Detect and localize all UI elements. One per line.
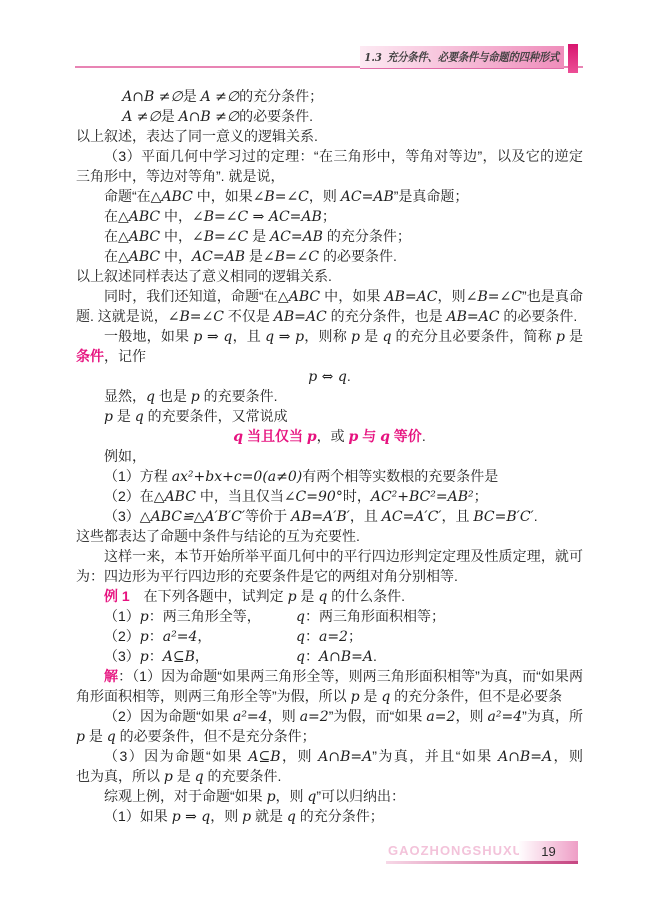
body-text: 是 <box>360 328 382 344</box>
body-text: ，则 <box>455 708 487 724</box>
body-text: 显然， <box>104 388 146 404</box>
text-line: （3）p：A⊆B，q：A∩B=A. <box>76 646 583 666</box>
body-text: 角形面积相等，则两三角形全等”为假，所以 <box>76 688 351 704</box>
section-header: 1.3充分条件、必要条件与命题的四种形式 <box>360 46 564 69</box>
body-text: 同时，我们还知道，命题“在 <box>104 288 278 304</box>
text-line: A ≠∅是 A∩B ≠∅的必要条件. <box>76 106 583 126</box>
math-text: AB=AC <box>274 309 327 325</box>
text-line: 解：（1）因为命题“如果两三角形全等，则两三角形面积相等”为真，而“如果两三 <box>76 666 583 686</box>
math-text: q <box>296 649 305 665</box>
text-line: p 是 q 的必要条件，但不是充分条件； <box>76 726 583 746</box>
text-line: 这些都表达了命题中条件与结论的互为充要性. <box>76 526 583 546</box>
body-text: 在 <box>104 228 118 244</box>
body-text: . <box>534 508 538 524</box>
body-text: （3）平面几何中学习过的定理：“在三角形中，等角对等边”，以及它的逆定理：“在 <box>76 148 583 166</box>
body-text: ：（1）因为命题“如果两三角形全等，则两三角形面积相等”为真，而“如果两三 <box>76 668 583 686</box>
text-line: （2）p：a²=4，q：a=2； <box>76 626 583 646</box>
body-text: （1）如果 <box>104 808 172 824</box>
text-line: （1）方程 ax²+bx+c=0(a≠0)有两个相等实数根的充要条件是 Δ=b²… <box>76 466 583 486</box>
accent-text: 解 <box>104 668 118 684</box>
body-text: （3） <box>104 508 140 524</box>
body-text: ，则 <box>268 708 300 724</box>
text-line: 综观上例，对于命题“如果 p，则 q”可以归纳出： <box>76 786 583 806</box>
body-text: 的充分条件； <box>239 88 323 104</box>
math-text: p <box>191 389 200 405</box>
section-number: 1.3 <box>365 50 383 64</box>
math-text: AB=AC <box>385 289 438 305</box>
text-line: 题. 这就是说，∠B=∠C 不仅是 AB=AC 的充分条件，也是 AB=AC 的… <box>76 306 583 326</box>
body-text: （1） <box>104 608 140 624</box>
body-text: ，则称 <box>304 328 351 344</box>
text-line: 例如， <box>76 446 583 466</box>
math-text: △ABC <box>118 209 160 225</box>
math-text: a²=4 <box>163 629 198 645</box>
body-text: ”可以归纳出： <box>316 788 405 804</box>
math-text: p ⇒ q <box>193 329 232 345</box>
body-text: 中，如果 <box>193 188 253 204</box>
body-text: ，或 <box>317 428 349 444</box>
text-line: （1）p：两三角形全等，q：两三角形面积相等； <box>76 606 583 626</box>
math-text: A∩B=A <box>498 749 552 765</box>
accent-text: 与 <box>358 428 380 444</box>
math-text: △ABC <box>118 249 160 265</box>
body-text: 是 <box>565 328 583 344</box>
right-column: q：a=2； <box>296 628 362 644</box>
body-text: 中，当且仅当 <box>196 488 284 504</box>
math-text: q <box>287 809 296 825</box>
body-text: 的什么条件. <box>327 588 405 604</box>
math-text: a=2 <box>319 629 348 645</box>
body-text: 题. 这就是说， <box>76 308 168 324</box>
math-text: q <box>318 589 327 605</box>
body-text: 这些都表达了命题中条件与结论的互为充要性. <box>76 528 360 544</box>
accent-text: q <box>380 429 390 445</box>
footer-accent-bar <box>386 861 578 864</box>
body-text: 为：四边形为平行四边形的充要条件是它的两组对角分别相等. <box>76 568 458 584</box>
body-text: ，记作 <box>104 348 146 364</box>
body-text: 是 <box>113 408 135 424</box>
body-text: 是 <box>161 108 179 124</box>
body-text: ； <box>322 208 336 224</box>
math-text: p <box>351 329 360 345</box>
body-text: （1）方程 <box>104 468 172 484</box>
text-line: p ⇔ q. <box>76 366 583 386</box>
body-text: 三角形中，等边对等角”. 就是说， <box>76 168 284 184</box>
text-line: 命题“在△ABC 中，如果∠B=∠C，则 AC=AB”是真命题； <box>76 186 583 206</box>
body-text: 例如， <box>104 448 146 464</box>
text-line: 以上叙述，表达了同一意义的逻辑关系. <box>76 126 583 146</box>
body-text: 在下列各题中，试判定 <box>130 588 288 604</box>
accent-text: 例 1 <box>104 588 130 604</box>
textbook-page: 1.3充分条件、必要条件与命题的四种形式 A∩B ≠∅是 A ≠∅的充分条件；A… <box>0 0 650 912</box>
math-text: ∠B=∠C <box>263 249 319 265</box>
math-text: ∠B=∠C <box>192 229 248 245</box>
body-text: ，则 <box>281 748 319 764</box>
body-text: 也为真，所以 <box>76 768 164 784</box>
body-text: ，则 <box>309 188 341 204</box>
text-line: 显然，q 也是 p 的充要条件. <box>76 386 583 406</box>
text-line: （2）在△ABC 中，当且仅当∠C=90°时，AC²+BC²=AB²； <box>76 486 583 506</box>
body-text: 是 <box>183 88 201 104</box>
math-text: p <box>140 649 149 665</box>
text-line: （1）如果 p ⇒ q，则 p 就是 q 的充分条件； <box>76 806 583 826</box>
body-text: 在 <box>104 208 118 224</box>
math-text: a=2 <box>426 709 455 725</box>
body-text: 的充要条件. <box>204 768 282 784</box>
body-text: 在 <box>104 248 118 264</box>
math-text: AB=AC <box>447 309 500 325</box>
body-text: 时， <box>343 488 371 504</box>
math-text: q <box>195 769 204 785</box>
body-text: ，且 <box>232 328 265 344</box>
body-text: ：两三角形全等， <box>149 608 261 624</box>
math-text: AC²+BC²=AB² <box>371 489 474 505</box>
body-text: 中，如果 <box>320 288 384 304</box>
text-line: 以上叙述同样表达了意义相同的逻辑关系. <box>76 266 583 286</box>
body-text: 的充要条件，又常说成 <box>144 408 288 424</box>
body-text: 不仅是 <box>224 308 274 324</box>
body-text: ，则 <box>437 288 465 304</box>
text-line: 同时，我们还知道，命题“在△ABC 中，如果 AB=AC，则∠B=∠C”也是真命 <box>76 286 583 306</box>
math-text: △ABC <box>118 229 160 245</box>
math-text: ax²+bx+c=0(a≠0) <box>172 469 303 485</box>
math-text: △ABC <box>151 189 193 205</box>
body-text: 中， <box>160 208 192 224</box>
text-line: A∩B ≠∅是 A ≠∅的充分条件； <box>76 86 583 106</box>
math-text: BC=B′C′ <box>473 509 533 525</box>
body-text: 的必要条件. <box>499 308 577 324</box>
body-text: 综观上例，对于命题“如果 <box>104 788 267 804</box>
right-column: q：两三角形面积相等； <box>296 608 445 624</box>
math-text: A∩B ≠∅ <box>179 109 240 125</box>
body-text: ； <box>348 628 362 644</box>
body-text: 的充分条件，也是 <box>327 308 447 324</box>
body-text: （3）因为命题“如果 <box>104 748 248 764</box>
math-text: A⊆B <box>248 749 280 765</box>
footer-watermark: GAOZHONGSHUXUE <box>388 843 533 858</box>
math-text: q <box>381 689 390 705</box>
body-text: ：两三角形面积相等； <box>305 608 445 624</box>
header-accent-bar <box>568 44 578 73</box>
left-column: （2）p：a²=4， <box>104 626 296 646</box>
math-text: a²=4 <box>488 709 523 725</box>
body-text: 的充分条件； <box>296 808 384 824</box>
math-text: a²=4 <box>233 709 268 725</box>
math-text: p <box>288 589 297 605</box>
math-text: q ⇒ p <box>265 329 304 345</box>
math-text: △ABC <box>278 289 320 305</box>
content: A∩B ≠∅是 A ≠∅的充分条件；A ≠∅是 A∩B ≠∅的必要条件.以上叙述… <box>76 86 583 826</box>
math-text: a=2 <box>300 709 329 725</box>
text-line: 条件，记作 <box>76 346 583 366</box>
math-text: q <box>296 629 305 645</box>
body-text: 也是 <box>155 388 191 404</box>
math-text: p <box>164 769 173 785</box>
body-text: 的充分条件； <box>323 228 411 244</box>
body-text: （3） <box>104 648 140 664</box>
accent-text: q <box>233 429 243 445</box>
text-line: 这样一来，本节开始所举平面几何中的平行四边形判定定理及性质定理，就可以合称 <box>76 546 583 566</box>
body-text: 是 <box>85 728 107 744</box>
math-text: p <box>242 809 251 825</box>
text-line: 三角形中，等边对等角”. 就是说， <box>76 166 583 186</box>
text-line: （3）△ABC≌△A′B′C′等价于 AB=A′B′，且 AC=A′C′，且 B… <box>76 506 583 526</box>
math-text: AC=AB <box>270 229 323 245</box>
page-number: 19 <box>541 844 555 859</box>
math-text: A⊆B <box>163 649 195 665</box>
text-line: 在△ABC 中，AC=AB 是∠B=∠C 的必要条件. <box>76 246 583 266</box>
accent-text: p <box>307 429 317 445</box>
body-text: （2）在 <box>104 488 154 504</box>
body-text: ； <box>474 488 488 504</box>
body-text: ，则 <box>276 788 308 804</box>
body-text: . <box>422 428 426 444</box>
text-line: （3）平面几何中学习过的定理：“在三角形中，等角对等边”，以及它的逆定理：“在 <box>76 146 583 166</box>
body-text: 命题“在 <box>104 188 151 204</box>
body-text: 一般地，如果 <box>104 328 193 344</box>
math-text: A∩B ≠∅ <box>122 89 183 105</box>
math-text: p <box>76 729 85 745</box>
body-text: 中， <box>160 248 192 264</box>
body-text: ”也是真命 <box>522 288 583 304</box>
section-header-label: 1.3充分条件、必要条件与命题的四种形式 <box>365 49 560 65</box>
body-text: ，且 <box>441 508 473 524</box>
body-text: 是 <box>245 248 263 264</box>
math-text: q <box>296 609 305 625</box>
text-line: （3）因为命题“如果 A⊆B，则 A∩B=A”为真，并且“如果 A∩B=A，则 … <box>76 746 583 766</box>
accent-text: 当且仅当 <box>243 428 307 444</box>
body-text: 是 <box>248 228 270 244</box>
math-text: AC=AB <box>341 189 394 205</box>
text-line: 为：四边形为平行四边形的充要条件是它的两组对角分别相等. <box>76 566 583 586</box>
left-column: （3）p：A⊆B， <box>104 646 296 666</box>
body-text: 等价于 <box>245 508 291 524</box>
body-text: 这样一来，本节开始所举平面几何中的平行四边形判定定理及性质定理，就可以合称 <box>76 548 583 566</box>
body-text: 的必要条件. <box>319 248 397 264</box>
body-text: 的必要条件. <box>239 108 313 124</box>
math-text: ∠B=∠C <box>168 309 224 325</box>
accent-text: p <box>349 429 359 445</box>
body-text: 有两个相等实数根的充要条件是 <box>302 468 498 484</box>
text-line: p 是 q 的充要条件，又常说成 <box>76 406 583 426</box>
body-text: 的充分且必要条件，简称 <box>391 328 556 344</box>
body-text: ： <box>305 628 319 644</box>
math-text: AB=A′B′ <box>291 509 350 525</box>
body-text: 的充要条件. <box>200 388 278 404</box>
math-text: p ⇒ q <box>172 809 211 825</box>
body-text: . <box>373 648 377 664</box>
math-text: p <box>351 689 360 705</box>
body-text: ，则 <box>552 748 583 764</box>
text-line: 也为真，所以 p 是 q 的充要条件. <box>76 766 583 786</box>
math-text: p <box>140 629 149 645</box>
math-text: p ⇔ q <box>308 369 347 385</box>
math-text: p <box>556 329 565 345</box>
body-text: ： <box>305 648 319 664</box>
text-line: 例 1 在下列各题中，试判定 p 是 q 的什么条件. <box>76 586 583 606</box>
math-text: A∩B=A <box>319 649 373 665</box>
accent-text: 等价 <box>390 428 422 444</box>
body-text: ， <box>197 628 211 644</box>
body-text: ： <box>149 628 163 644</box>
body-text: （2） <box>104 628 140 644</box>
text-line: 在△ABC 中，∠B=∠C 是 AC=AB 的充分条件； <box>76 226 583 246</box>
math-text: △ABC <box>154 489 196 505</box>
body-text: 是 <box>360 688 382 704</box>
body-text: 是 <box>173 768 195 784</box>
math-text: ∠B=∠C <box>466 289 522 305</box>
math-text: △ABC≌△A′B′C′ <box>140 509 245 525</box>
math-text: A ≠∅ <box>122 109 161 125</box>
math-text: q <box>135 409 144 425</box>
body-text: 是 <box>297 588 319 604</box>
body-text: 以上叙述，表达了同一意义的逻辑关系. <box>76 128 318 144</box>
accent-text: 条件 <box>76 348 104 364</box>
right-column: q：A∩B=A. <box>296 648 377 664</box>
body-text: （2）因为命题“如果 <box>104 708 233 724</box>
body-text: 中， <box>160 228 192 244</box>
body-text: ”是真命题； <box>394 188 469 204</box>
math-text: p <box>140 609 149 625</box>
text-line: 角形面积相等，则两三角形全等”为假，所以 p 是 q 的充分条件，但不是必要条件… <box>76 686 583 706</box>
body-text: ， <box>195 648 209 664</box>
math-text: q <box>107 729 116 745</box>
body-text: 的必要条件，但不是充分条件； <box>116 728 316 744</box>
math-text: ∠C=90° <box>284 489 343 505</box>
math-text: q <box>146 389 155 405</box>
body-text: ，则 <box>210 808 242 824</box>
text-line: q 当且仅当 p，或 p 与 q 等价. <box>76 426 583 446</box>
math-text: p <box>267 789 276 805</box>
section-title: 充分条件、必要条件与命题的四种形式 <box>387 52 559 64</box>
body-text: ”为假，而“如果 <box>329 708 427 724</box>
math-text: AC=A′C′ <box>382 509 442 525</box>
page-number-badge: 19 <box>519 841 578 861</box>
math-text: p <box>104 409 113 425</box>
math-text: ∠B=∠C <box>253 189 309 205</box>
left-column: （1）p：两三角形全等， <box>104 606 296 626</box>
text-line: 在△ABC 中，∠B=∠C ⇒ AC=AB； <box>76 206 583 226</box>
body-text: ”为真，并且“如果 <box>372 748 498 764</box>
math-text: A∩B=A <box>318 749 372 765</box>
body-text: 就是 <box>251 808 287 824</box>
math-text: A ≠∅ <box>201 89 240 105</box>
body-text: ，且 <box>350 508 382 524</box>
body-text: . <box>347 368 351 384</box>
math-text: AC=AB <box>192 249 245 265</box>
text-line: （2）因为命题“如果 a²=4，则 a=2”为假，而“如果 a=2，则 a²=4… <box>76 706 583 726</box>
body-text: 以上叙述同样表达了意义相同的逻辑关系. <box>76 268 332 284</box>
text-line: 一般地，如果 p ⇒ q，且 q ⇒ p，则称 p 是 q 的充分且必要条件，简… <box>76 326 583 346</box>
body-text: ： <box>149 648 163 664</box>
math-text: ∠B=∠C ⇒ AC=AB <box>192 209 322 225</box>
